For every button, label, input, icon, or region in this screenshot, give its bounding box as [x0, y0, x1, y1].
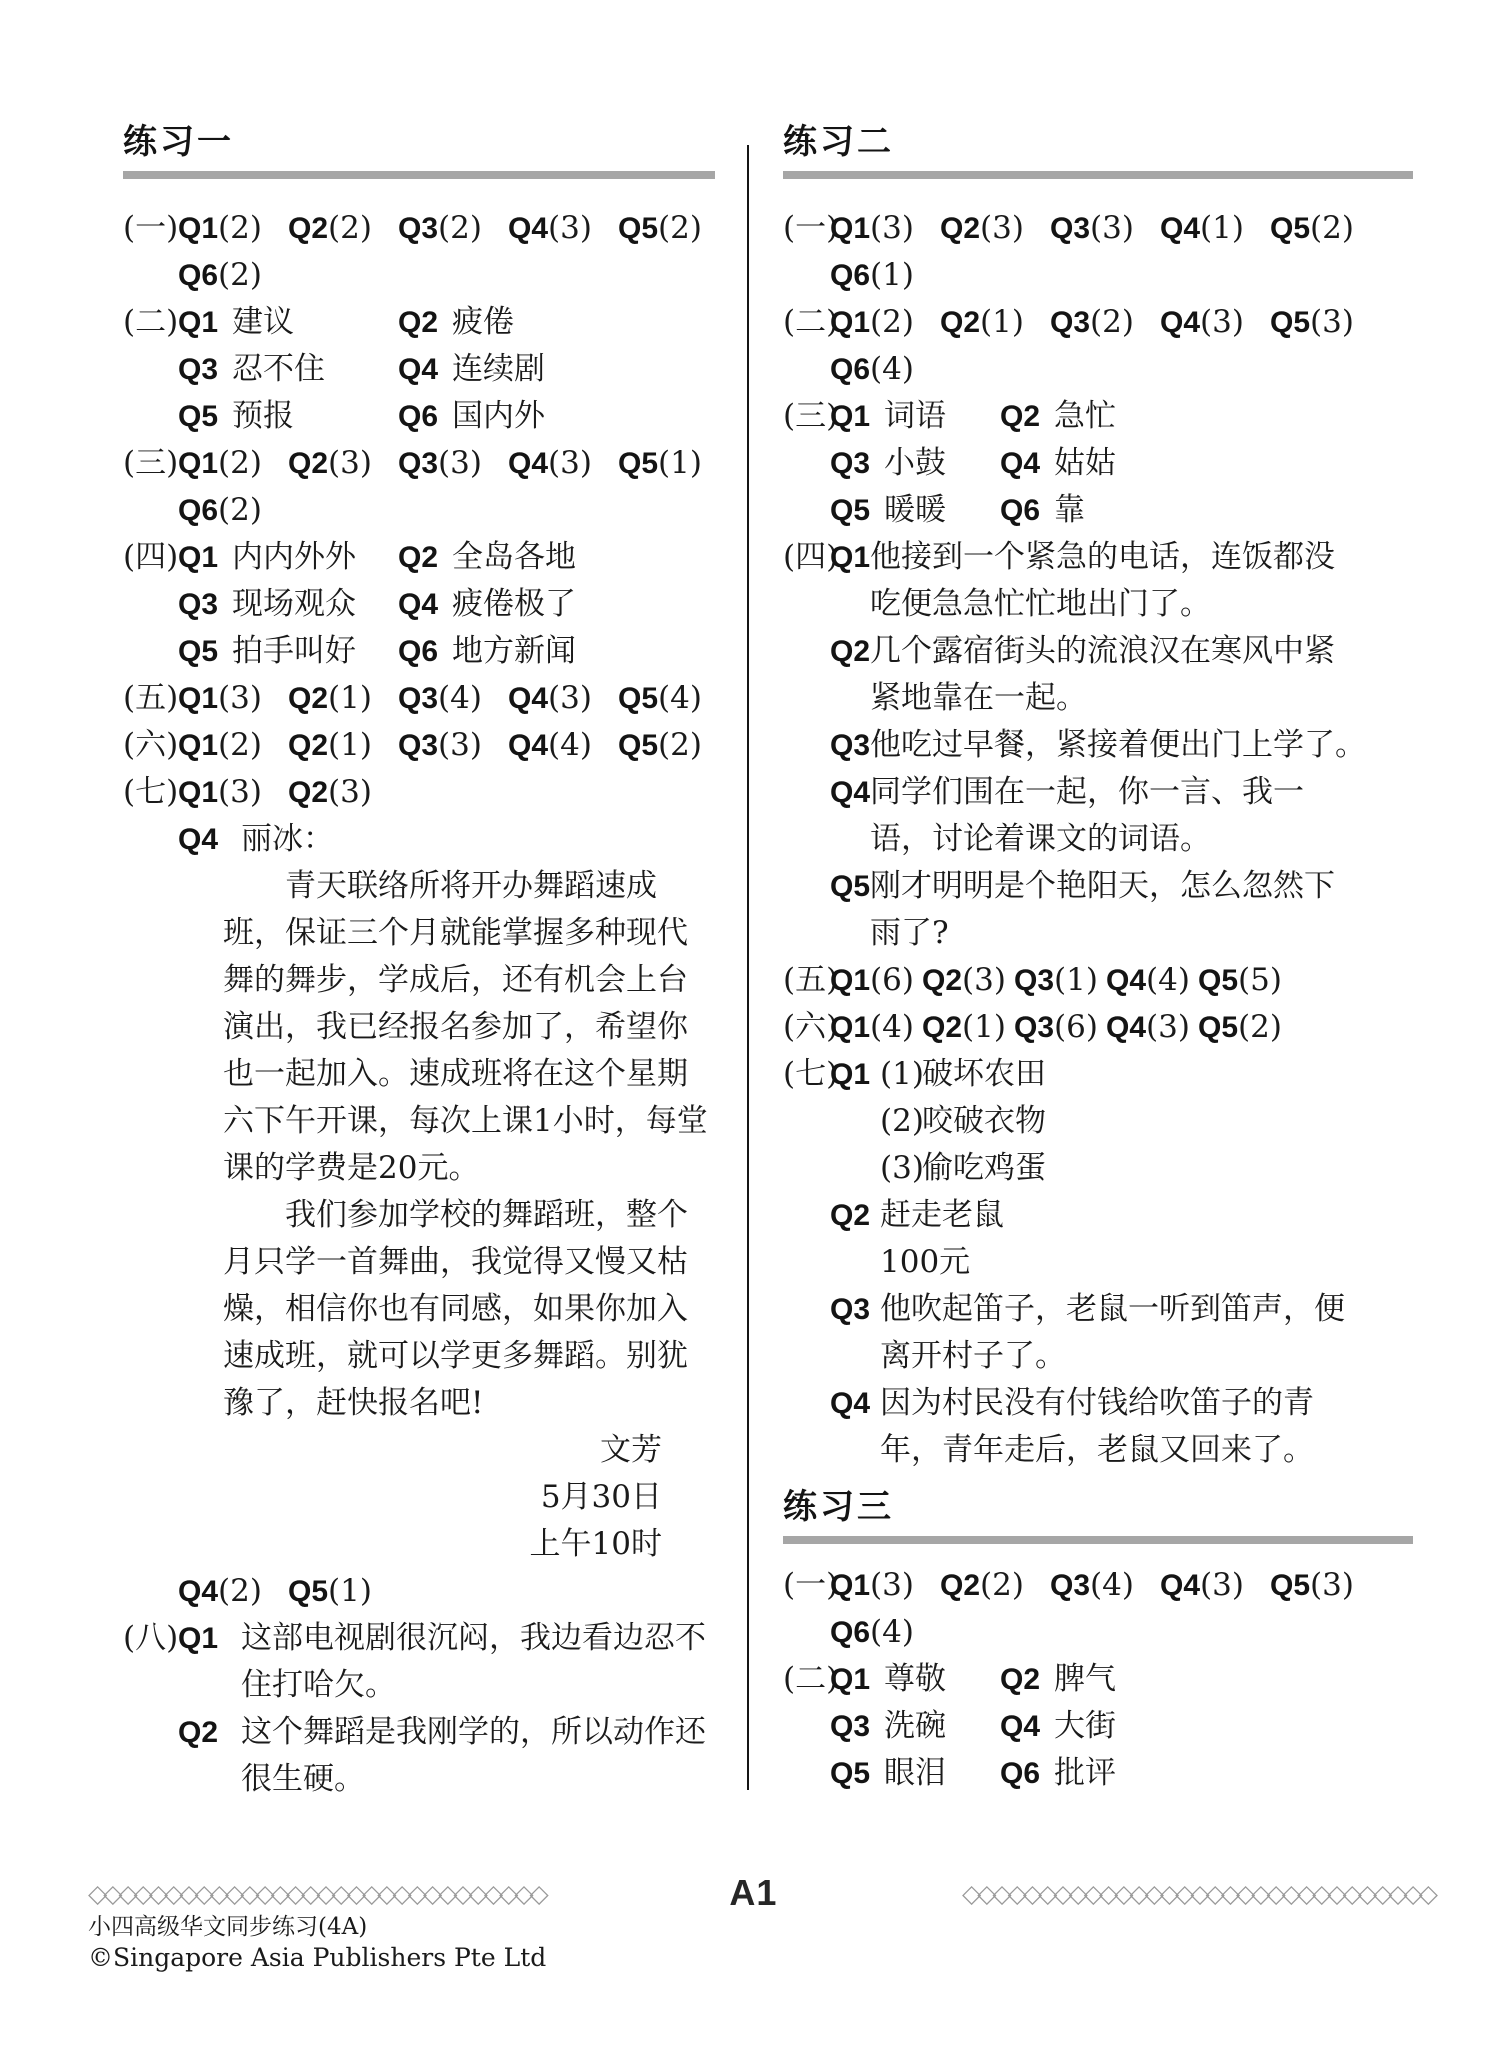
answer-cell: Q6地方新闻 — [398, 628, 618, 675]
continuation-line: 很生硬。 — [123, 1756, 715, 1803]
answer-text: 赶走老鼠 — [880, 1197, 1004, 1233]
answer-cell: Q3(2) — [1050, 299, 1160, 346]
answer-value: (3) — [328, 774, 372, 810]
answer-row: Q6(1) — [783, 252, 1413, 299]
answer-text: 紧地靠在一起。 — [870, 680, 1087, 716]
answer-value: (2) — [1090, 304, 1134, 340]
answer-value: (3) — [548, 445, 592, 481]
answer-cell: Q1建议 — [178, 299, 398, 346]
list-marker: (三) — [783, 393, 830, 440]
answer-cell: Q3(2) — [398, 205, 508, 252]
answer-value: (5) — [1238, 962, 1282, 998]
section-title: 练习三 — [783, 1486, 1413, 1528]
answer-cell: Q3(4) — [1050, 1562, 1160, 1609]
answer-value: (2) — [658, 727, 702, 763]
answer-value: (3) — [548, 680, 592, 716]
question-label: Q2 — [288, 212, 328, 245]
question-label: Q5 — [1270, 212, 1310, 245]
answer-row: (一)Q1(2)Q2(2)Q3(2)Q4(3)Q5(2) — [123, 205, 715, 252]
answer-row: (六)Q1(4)Q2(1)Q3(6)Q4(3)Q5(2) — [783, 1004, 1413, 1051]
answer-text: 尊敬 — [884, 1661, 946, 1697]
answer-row: (五)Q1(3)Q2(1)Q3(4)Q4(3)Q5(4) — [123, 675, 715, 722]
answer-cell: Q6靠 — [1000, 487, 1170, 534]
question-label: Q6 — [398, 635, 438, 668]
answer-value: (1) — [962, 1009, 1006, 1045]
answer-text: 现场观众 — [232, 586, 356, 622]
question-label: Q5 — [830, 1757, 870, 1790]
answer-text: 疲倦 — [452, 304, 514, 340]
answer-value: (6) — [1054, 1009, 1098, 1045]
answer-cell: Q3(3) — [398, 722, 508, 769]
answer-value: (3) — [218, 680, 262, 716]
answer-text: 他吃过早餐，紧接着便出门上学了。 — [870, 727, 1366, 763]
question-label: Q2 — [940, 212, 980, 245]
continuation-line: 雨了? — [783, 910, 1413, 957]
answer-value: (2) — [980, 1567, 1024, 1603]
answer-text: 疲倦极了 — [452, 586, 576, 622]
answer-value: (2) — [218, 445, 262, 481]
enum-number: (1) — [880, 1051, 922, 1098]
answer-value: (4) — [870, 351, 914, 387]
continuation-line: 语，讨论着课文的词语。 — [783, 816, 1413, 863]
footer-ornament-left-icon: ◇◇◇◇◇◇◇◇◇◇◇◇◇◇◇◇◇◇◇◇◇◇◇◇◇◇◇◇◇◇ — [88, 1881, 545, 1906]
question-label: Q2 — [178, 1709, 241, 1756]
sentence-line: Q3他吹起笛子，老鼠一听到笛声，便 — [783, 1286, 1413, 1333]
answer-text: 眼泪 — [884, 1755, 946, 1791]
answer-text: 雨了? — [870, 915, 949, 951]
question-label: Q1 — [830, 964, 870, 997]
section-underline — [783, 1536, 1413, 1544]
answer-text: 他接到一个紧急的电话，连饭都没 — [870, 539, 1335, 575]
letter-line: 六下午开课，每次上课1小时，每堂 — [123, 1098, 715, 1145]
question-label: Q2 — [940, 306, 980, 339]
answer-value: (3) — [870, 210, 914, 246]
question-label: Q5 — [618, 212, 658, 245]
answer-text: 同学们围在一起，你一言、我一 — [870, 774, 1304, 810]
answer-text: 演出，我已经报名参加了，希望你 — [223, 1009, 688, 1045]
answer-cell: Q5拍手叫好 — [178, 628, 398, 675]
answer-cell: Q2(1) — [288, 722, 398, 769]
answer-text: 舞的舞步，学成后，还有机会上台 — [223, 962, 688, 998]
answer-value: (3) — [1146, 1009, 1190, 1045]
section-underline — [123, 171, 715, 179]
question-label: Q5 — [830, 494, 870, 527]
answer-value: (1) — [328, 727, 372, 763]
question-label: Q4 — [1106, 964, 1146, 997]
answer-row: Q6(2) — [123, 487, 715, 534]
answer-cell: Q4(3) — [508, 205, 618, 252]
question-label: Q6 — [398, 400, 438, 433]
answer-cell: Q1(3) — [178, 675, 288, 722]
answers-column-left: 练习一(一)Q1(2)Q2(2)Q3(2)Q4(3)Q5(2)Q6(2)(二)Q… — [123, 121, 715, 1803]
signature-line: 文芳 — [123, 1427, 715, 1474]
list-marker: (二) — [783, 299, 830, 346]
question-label: Q6 — [178, 494, 218, 527]
copyright-notice: ©Singapore Asia Publishers Pte Ltd — [88, 1942, 546, 1974]
letter-line: 演出，我已经报名参加了，希望你 — [123, 1004, 715, 1051]
question-label: Q6 — [178, 259, 218, 292]
answer-value: (2) — [218, 1573, 262, 1609]
answer-cell: Q3(6) — [1014, 1004, 1106, 1051]
question-label: Q2 — [922, 964, 962, 997]
answer-cell: Q3(1) — [1014, 957, 1106, 1004]
answer-value: (3) — [328, 445, 372, 481]
question-label: Q1 — [178, 1615, 241, 1662]
answer-value: (1) — [328, 1573, 372, 1609]
answer-text: 青天联络所将开办舞蹈速成 — [285, 868, 657, 904]
section-header: 练习一 — [123, 121, 715, 179]
word-pair-row: (四)Q1内内外外Q2全岛各地 — [123, 534, 715, 581]
question-label: Q3 — [1050, 212, 1090, 245]
answer-text: 洗碗 — [884, 1708, 946, 1744]
section-header: 练习三 — [783, 1486, 1413, 1544]
word-pair-row: (二)Q1建议Q2疲倦 — [123, 299, 715, 346]
answer-cell: Q5(1) — [288, 1568, 398, 1615]
answer-cell: Q2(3) — [922, 957, 1014, 1004]
answer-text: 脾气 — [1054, 1661, 1116, 1697]
question-label: Q2 — [288, 447, 328, 480]
answer-cell: Q1(3) — [830, 1562, 940, 1609]
answer-text: 预报 — [232, 398, 294, 434]
answer-text: 他吹起笛子，老鼠一听到笛声，便 — [880, 1291, 1345, 1327]
answer-value: (3) — [438, 445, 482, 481]
answer-cell: Q3(3) — [1050, 205, 1160, 252]
answer-cell: Q5(4) — [618, 675, 728, 722]
answer-value: (3) — [870, 1567, 914, 1603]
word-pair-row: Q3小鼓Q4姑姑 — [783, 440, 1413, 487]
answer-value: (2) — [218, 727, 262, 763]
sentence-line: Q4同学们围在一起，你一言、我一 — [783, 769, 1413, 816]
answer-value: (2) — [218, 257, 262, 293]
question-label: Q5 — [178, 635, 218, 668]
question-label: Q3 — [830, 447, 870, 480]
question-label: Q4 — [830, 1380, 880, 1427]
answer-text: 靠 — [1054, 492, 1085, 528]
answer-cell: Q4大街 — [1000, 1703, 1170, 1750]
answer-value: (1) — [658, 445, 702, 481]
question-label: Q1 — [830, 400, 870, 433]
answer-cell: Q2急忙 — [1000, 393, 1170, 440]
answer-value: (3) — [1090, 210, 1134, 246]
answer-text: 词语 — [884, 398, 946, 434]
answer-text: 住打哈欠。 — [241, 1667, 396, 1703]
answer-value: (4) — [548, 727, 592, 763]
answer-cell: Q3小鼓 — [830, 440, 1000, 487]
enum-line: (2)咬破衣物 — [783, 1098, 1413, 1145]
answer-cell: Q5(2) — [1270, 205, 1380, 252]
sentence-line: Q2几个露宿街头的流浪汉在寒风中紧 — [783, 628, 1413, 675]
list-marker: (四) — [783, 534, 830, 581]
answer-text: 班，保证三个月就能掌握多种现代 — [223, 915, 688, 951]
question-label: Q4 — [830, 769, 870, 816]
answer-cell: Q1(6) — [830, 957, 922, 1004]
question-label: Q1 — [178, 212, 218, 245]
question-label: Q2 — [288, 682, 328, 715]
answer-cell: Q4(2) — [178, 1568, 288, 1615]
section-title: 练习二 — [783, 121, 1413, 163]
answer-row: Q6(4) — [783, 346, 1413, 393]
answer-value: (1) — [1200, 210, 1244, 246]
sentence-line: (四)Q1他接到一个紧急的电话，连饭都没 — [783, 534, 1413, 581]
answer-cell: Q6(4) — [830, 346, 940, 393]
answer-cell: Q6(4) — [830, 1609, 940, 1656]
continuation-line: 离开村子了。 — [783, 1333, 1413, 1380]
answer-cell: Q1(2) — [178, 205, 288, 252]
question-label: Q5 — [1270, 1569, 1310, 1602]
signature-line: 上午10时 — [123, 1521, 715, 1568]
answer-text: 急忙 — [1054, 398, 1116, 434]
list-marker: (二) — [783, 1656, 830, 1703]
word-pair-row: Q5眼泪Q6批评 — [783, 1750, 1413, 1797]
answer-text: 燥，相信你也有同感，如果你加入 — [223, 1291, 688, 1327]
list-marker: (五) — [783, 957, 830, 1004]
answer-cell: Q4连续剧 — [398, 346, 618, 393]
answer-cell: Q5(3) — [1270, 299, 1380, 346]
answers-column-right: 练习二(一)Q1(3)Q2(3)Q3(3)Q4(1)Q5(2)Q6(1)(二)Q… — [783, 121, 1413, 1797]
answer-value: (4) — [870, 1614, 914, 1650]
answer-cell: Q4姑姑 — [1000, 440, 1170, 487]
answer-cell: Q2(2) — [940, 1562, 1050, 1609]
answer-text: 小鼓 — [884, 445, 946, 481]
answer-value: (2) — [1238, 1009, 1282, 1045]
answer-cell: Q4疲倦极了 — [398, 581, 618, 628]
answer-text: 年，青年走后，老鼠又回来了。 — [880, 1432, 1314, 1468]
answer-cell: Q5(2) — [618, 722, 728, 769]
question-label: Q3 — [398, 447, 438, 480]
letter-line: 燥，相信你也有同感，如果你加入 — [123, 1286, 715, 1333]
question-label: Q3 — [830, 722, 870, 769]
question-label: Q4 — [508, 447, 548, 480]
answer-row: Q6(2) — [123, 252, 715, 299]
sentence-line: Q2赶走老鼠 — [783, 1192, 1413, 1239]
answer-cell: Q5暖暖 — [830, 487, 1000, 534]
answer-cell: Q5(2) — [1198, 1004, 1290, 1051]
question-label: Q3 — [398, 212, 438, 245]
question-label: Q4 — [398, 353, 438, 386]
answer-text: 也一起加入。速成班将在这个星期 — [223, 1056, 688, 1092]
answer-text: 丽冰： — [241, 821, 334, 857]
answer-value: (3) — [1310, 304, 1354, 340]
answer-cell: Q5(2) — [618, 205, 728, 252]
column-divider — [747, 145, 749, 1790]
answer-cell: Q3忍不住 — [178, 346, 398, 393]
answer-row: Q6(4) — [783, 1609, 1413, 1656]
answer-value: (4) — [870, 1009, 914, 1045]
list-marker: (一) — [123, 205, 178, 252]
continuation-line: 住打哈欠。 — [123, 1662, 715, 1709]
answer-cell: Q4(4) — [508, 722, 618, 769]
answer-cell: Q6(2) — [178, 487, 288, 534]
answer-value: (3) — [1200, 304, 1244, 340]
question-label: Q3 — [830, 1710, 870, 1743]
answer-value: (3) — [1200, 1567, 1244, 1603]
question-label: Q2 — [288, 776, 328, 809]
question-label: Q1 — [830, 534, 870, 581]
answer-value: (2) — [870, 304, 914, 340]
list-marker: (七) — [123, 769, 178, 816]
page-footer: ◇◇◇◇◇◇◇◇◇◇◇◇◇◇◇◇◇◇◇◇◇◇◇◇◇◇◇◇◇◇ A1 ◇◇◇◇◇◇… — [88, 1872, 1434, 1914]
question-label: Q1 — [830, 1569, 870, 1602]
book-title: 小四高级华文同步练习(4A) — [88, 1912, 546, 1942]
answer-text: 上午10时 — [530, 1526, 662, 1562]
question-label: Q4 — [178, 1575, 218, 1608]
answer-text: 全岛各地 — [452, 539, 576, 575]
list-marker: (一) — [783, 1562, 830, 1609]
question-label: Q4 — [398, 588, 438, 621]
answer-cell: Q2全岛各地 — [398, 534, 618, 581]
answer-cell: Q2疲倦 — [398, 299, 618, 346]
word-pair-row: Q3忍不住Q4连续剧 — [123, 346, 715, 393]
question-label: Q2 — [1000, 1663, 1040, 1696]
question-label: Q4 — [1160, 1569, 1200, 1602]
answer-cell: Q2(1) — [922, 1004, 1014, 1051]
list-marker: (四) — [123, 534, 178, 581]
answer-text: 很生硬。 — [241, 1761, 365, 1797]
answer-text: 建议 — [232, 304, 294, 340]
answer-value: (2) — [438, 210, 482, 246]
page-number: A1 — [729, 1872, 777, 1914]
answer-value: (4) — [1090, 1567, 1134, 1603]
answer-text: 月只学一首舞曲，我觉得又慢又枯 — [223, 1244, 688, 1280]
question-label: Q6 — [1000, 494, 1040, 527]
question-label: Q1 — [830, 1051, 880, 1098]
question-label: Q2 — [830, 1192, 880, 1239]
answer-cell: Q1(2) — [178, 440, 288, 487]
answer-value: (1) — [870, 257, 914, 293]
footer-ornament-right-icon: ◇◇◇◇◇◇◇◇◇◇◇◇◇◇◇◇◇◇◇◇◇◇◇◇◇◇◇◇◇◇◇ — [962, 1881, 1434, 1906]
answer-value: (3) — [1310, 1567, 1354, 1603]
answer-cell: Q3(4) — [398, 675, 508, 722]
question-label: Q1 — [178, 729, 218, 762]
answer-cell: Q1(4) — [830, 1004, 922, 1051]
answer-cell: Q5(5) — [1198, 957, 1290, 1004]
answer-text: 内内外外 — [232, 539, 356, 575]
question-label: Q5 — [618, 447, 658, 480]
list-marker: (三) — [123, 440, 178, 487]
answer-cell: Q5(3) — [1270, 1562, 1380, 1609]
question-label: Q6 — [830, 259, 870, 292]
answer-value: (2) — [218, 492, 262, 528]
continuation-line: 年，青年走后，老鼠又回来了。 — [783, 1427, 1413, 1474]
answer-cell: Q4(3) — [1160, 1562, 1270, 1609]
answer-cell: Q2(1) — [288, 675, 398, 722]
word-pair-row: Q3现场观众Q4疲倦极了 — [123, 581, 715, 628]
question-label: Q2 — [1000, 400, 1040, 433]
list-marker: (六) — [783, 1004, 830, 1051]
enum-number: (3) — [880, 1145, 922, 1192]
answer-row: Q4(2)Q5(1) — [123, 1568, 715, 1615]
question-label: Q6 — [830, 1616, 870, 1649]
answer-text: 因为村民没有付钱给吹笛子的青 — [880, 1385, 1314, 1421]
answer-value: (1) — [1054, 962, 1098, 998]
sentence-line: Q2这个舞蹈是我刚学的，所以动作还 — [123, 1709, 715, 1756]
question-label: Q3 — [1050, 306, 1090, 339]
letter-line: 舞的舞步，学成后，还有机会上台 — [123, 957, 715, 1004]
question-label: Q3 — [830, 1286, 880, 1333]
sentence-line: Q3他吃过早餐，紧接着便出门上学了。 — [783, 722, 1413, 769]
answer-cell: Q1(2) — [178, 722, 288, 769]
answer-text: 几个露宿街头的流浪汉在寒风中紧 — [870, 633, 1335, 669]
question-label: Q1 — [830, 1663, 870, 1696]
word-pair-row: Q5暖暖Q6靠 — [783, 487, 1413, 534]
list-marker: (八) — [123, 1615, 178, 1662]
question-label: Q1 — [178, 776, 218, 809]
answer-text: 豫了，赶快报名吧! — [223, 1385, 483, 1421]
answer-text: 5月30日 — [541, 1479, 662, 1515]
letter-line: 课的学费是20元。 — [123, 1145, 715, 1192]
answer-cell: Q2(3) — [288, 440, 398, 487]
answer-value: (1) — [328, 680, 372, 716]
word-pair-row: Q3洗碗Q4大街 — [783, 1703, 1413, 1750]
list-marker: (七) — [783, 1051, 830, 1098]
question-label: Q4 — [508, 212, 548, 245]
answer-row: (三)Q1(2)Q2(3)Q3(3)Q4(3)Q5(1) — [123, 440, 715, 487]
answer-cell: Q2脾气 — [1000, 1656, 1170, 1703]
answer-cell: Q6国内外 — [398, 393, 618, 440]
letter-line: 速成班，就可以学更多舞蹈。别犹 — [123, 1333, 715, 1380]
sentence-line: (八)Q1这部电视剧很沉闷，我边看边忍不 — [123, 1615, 715, 1662]
answer-cell: Q4(3) — [508, 675, 618, 722]
list-marker: (五) — [123, 675, 178, 722]
question-label: Q3 — [178, 588, 218, 621]
question-label: Q5 — [618, 682, 658, 715]
answer-text: 速成班，就可以学更多舞蹈。别犹 — [223, 1338, 688, 1374]
question-label: Q1 — [830, 306, 870, 339]
imprint: 小四高级华文同步练习(4A) ©Singapore Asia Publisher… — [88, 1912, 546, 1974]
word-pair-row: Q5拍手叫好Q6地方新闻 — [123, 628, 715, 675]
question-label: Q3 — [398, 682, 438, 715]
letter-line: 豫了，赶快报名吧! — [123, 1380, 715, 1427]
question-label: Q4 — [1000, 447, 1040, 480]
question-label: Q5 — [618, 729, 658, 762]
question-label: Q2 — [288, 729, 328, 762]
answer-text: 刚才明明是个艳阳天，怎么忽然下 — [870, 868, 1335, 904]
answer-cell: Q3现场观众 — [178, 581, 398, 628]
question-label: Q4 — [508, 682, 548, 715]
answer-cell: Q4(4) — [1106, 957, 1198, 1004]
question-label: Q1 — [178, 541, 218, 574]
answer-text: 六下午开课，每次上课1小时，每堂 — [223, 1103, 708, 1139]
question-label: Q6 — [830, 353, 870, 386]
section-underline — [783, 171, 1413, 179]
answer-value: (4) — [438, 680, 482, 716]
answer-text: 这个舞蹈是我刚学的，所以动作还 — [241, 1714, 706, 1750]
question-label: Q5 — [1198, 1011, 1238, 1044]
question-label: Q2 — [922, 1011, 962, 1044]
answer-value: (3) — [548, 210, 592, 246]
answer-text: 这部电视剧很沉闷，我边看边忍不 — [241, 1620, 706, 1656]
answer-row: (一)Q1(3)Q2(2)Q3(4)Q4(3)Q5(3) — [783, 1562, 1413, 1609]
list-marker: (一) — [783, 205, 830, 252]
answer-cell: Q4(3) — [1106, 1004, 1198, 1051]
answer-text: 批评 — [1054, 1755, 1116, 1791]
answer-text: 国内外 — [452, 398, 545, 434]
answer-cell: Q2(3) — [288, 769, 398, 816]
qword-line: Q4丽冰： — [123, 816, 715, 863]
enum-line: (3)偷吃鸡蛋 — [783, 1145, 1413, 1192]
answer-cell: Q3(3) — [398, 440, 508, 487]
sentence-line: Q4因为村民没有付钱给吹笛子的青 — [783, 1380, 1413, 1427]
question-label: Q1 — [178, 447, 218, 480]
answer-cell: Q1词语 — [830, 393, 1000, 440]
question-label: Q2 — [398, 306, 438, 339]
answer-text: 语，讨论着课文的词语。 — [870, 821, 1211, 857]
answer-value: (1) — [980, 304, 1024, 340]
answer-cell: Q3洗碗 — [830, 1703, 1000, 1750]
question-label: Q2 — [830, 628, 870, 675]
answer-value: (2) — [1310, 210, 1354, 246]
word-pair-row: (二)Q1尊敬Q2脾气 — [783, 1656, 1413, 1703]
